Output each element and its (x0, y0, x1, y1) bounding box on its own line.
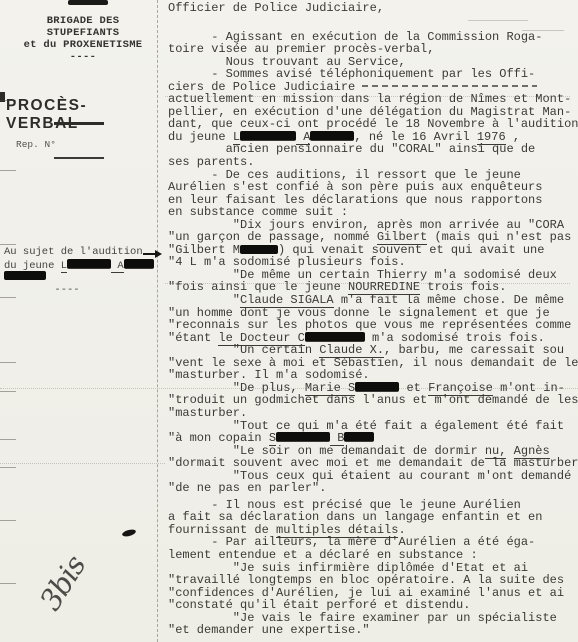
rep-underline (54, 157, 104, 159)
handwritten-page-number: 3bis (33, 550, 92, 617)
text-run: ---- (4, 284, 80, 296)
margin-tick (0, 520, 16, 521)
text-run: A (111, 260, 124, 273)
column-divider-dashed-line (157, 0, 158, 642)
text-line: du jeune L A (4, 259, 157, 272)
brigade-line-1: BRIGADE DES STUPEFIANTS (8, 15, 158, 39)
text-run: du jeune (4, 260, 61, 272)
ink-smudge-top (68, 0, 108, 5)
ruled-line-artifact (0, 463, 165, 464)
text-line: ---- (4, 284, 157, 297)
text-run: "de ne pas en parler". (168, 481, 326, 495)
title-underline (54, 122, 104, 125)
brigade-line-2: et du PROXENETISME (8, 39, 158, 51)
rep-number-label: Rep. N° (16, 139, 56, 150)
subject-block: Au sujet de l'auditiondu jeune L A ---- (4, 246, 157, 296)
text-line: Au sujet de l'audition (4, 246, 157, 259)
redaction-bar (240, 245, 278, 254)
text-run: Officier de Police Judiciaire, (168, 2, 384, 15)
redaction-bar (310, 131, 354, 141)
margin-tick (0, 583, 16, 584)
text-line (4, 271, 157, 284)
scanned-document-page: BRIGADE DES STUPEFIANTS et du PROXENETIS… (0, 0, 578, 642)
redaction-bar (344, 432, 374, 442)
margin-tick (0, 362, 16, 363)
redaction-bar (67, 259, 111, 269)
redaction-bar (276, 432, 330, 442)
redaction-bar (4, 271, 46, 280)
redaction-bar (355, 382, 399, 392)
ink-blob (121, 528, 136, 537)
margin-tick (0, 467, 16, 468)
dash-line (362, 85, 537, 87)
text-line: Officier de Police Judiciaire, (168, 2, 578, 15)
text-line: "de ne pas en parler". (168, 482, 578, 495)
text-run: "et demander une expertise." (168, 623, 370, 637)
text-run: Au sujet de l'audition (4, 246, 143, 258)
letterhead-brigade: BRIGADE DES STUPEFIANTS et du PROXENETIS… (8, 15, 158, 63)
proces-verbal-title: PROCÈS-VERBAL (6, 97, 156, 133)
margin-tick (0, 170, 16, 171)
redaction-bar (305, 332, 365, 342)
margin-tick (0, 439, 16, 440)
margin-tick (0, 297, 16, 298)
brigade-dashes: ---- (8, 51, 158, 63)
text-line: "et demander une expertise." (168, 624, 578, 637)
redaction-bar (240, 131, 296, 141)
margin-tick (0, 244, 16, 245)
body-text: Officier de Police Judiciaire, - Agissan… (168, 2, 578, 637)
redaction-bar (124, 259, 154, 269)
margin-tick (0, 391, 16, 392)
